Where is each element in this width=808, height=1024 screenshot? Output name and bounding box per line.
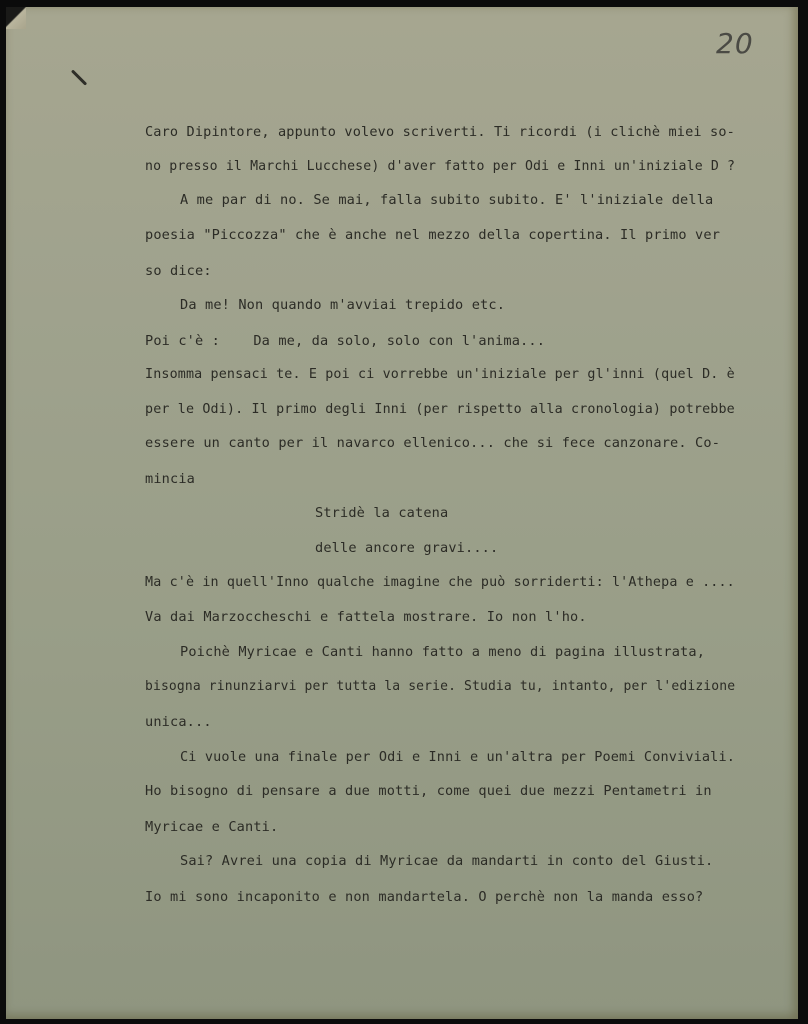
folded-corner — [6, 7, 26, 29]
text-line: essere un canto per il navarco ellenico.… — [145, 435, 720, 451]
text-line: unica... — [145, 714, 212, 730]
text-line: Poichè Myricae e Canti hanno fatto a men… — [180, 644, 705, 660]
text-line: Myricae e Canti. — [145, 819, 278, 835]
text-line: so dice: — [145, 263, 212, 279]
letter-page: 20 Caro Dipintore, appunto volevo scrive… — [6, 7, 798, 1019]
text-line: Stridè la catena — [315, 505, 448, 521]
text-line: Poi c'è : Da me, da solo, solo con l'ani… — [145, 333, 545, 349]
text-line: Ci vuole una finale per Odi e Inni e un'… — [180, 749, 735, 765]
text-line: delle ancore gravi.... — [315, 540, 498, 556]
text-line: Ho bisogno di pensare a due motti, come … — [145, 783, 712, 799]
text-line: Io mi sono incaponito e non mandartela. … — [145, 889, 703, 905]
handwritten-page-number: 20 — [716, 27, 754, 60]
text-line: per le Odi). Il primo degli Inni (per ri… — [145, 401, 735, 417]
text-line: no presso il Marchi Lucchese) d'aver fat… — [145, 158, 735, 174]
pin-mark — [71, 69, 87, 85]
text-line: poesia "Piccozza" che è anche nel mezzo … — [145, 227, 720, 243]
text-line: Insomma pensaci te. E poi ci vorrebbe un… — [145, 366, 735, 382]
text-line: Ma c'è in quell'Inno qualche imagine che… — [145, 574, 735, 590]
text-line: Va dai Marzoccheschi e fattela mostrare.… — [145, 609, 587, 625]
text-line: Sai? Avrei una copia di Myricae da manda… — [180, 853, 713, 869]
text-line: A me par di no. Se mai, falla subito sub… — [180, 192, 713, 208]
text-line: Caro Dipintore, appunto volevo scriverti… — [145, 124, 735, 140]
text-line: bisogna rinunziarvi per tutta la serie. … — [145, 678, 735, 694]
text-line: Da me! Non quando m'avviai trepido etc. — [180, 297, 505, 313]
text-line: mincia — [145, 471, 195, 487]
